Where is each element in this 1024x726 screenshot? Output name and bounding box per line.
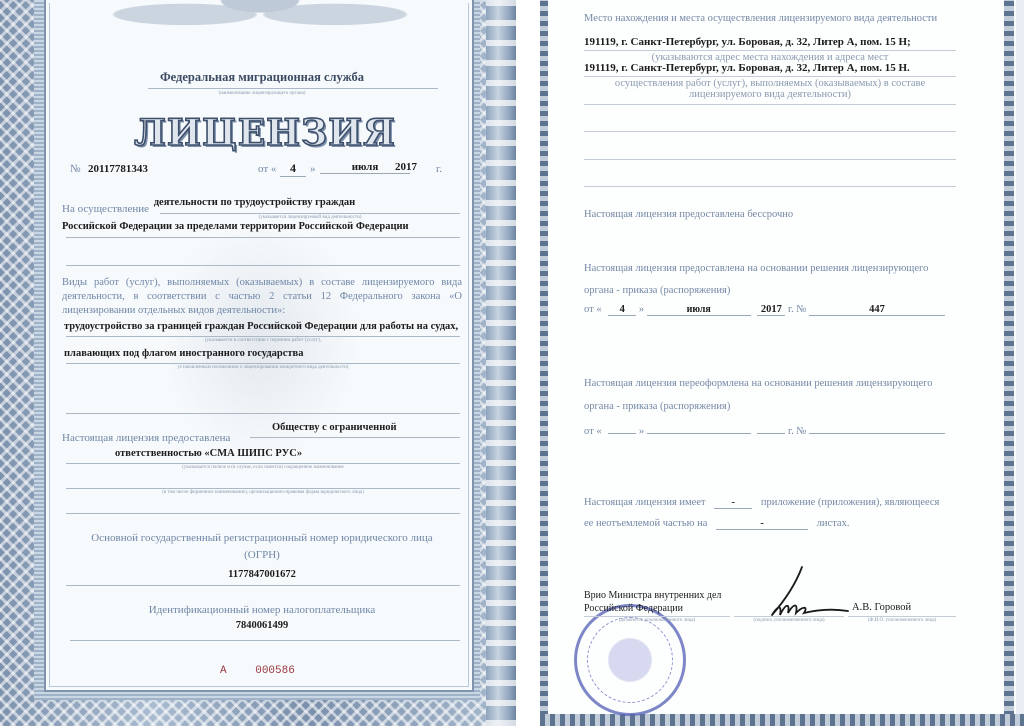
inn-value: 7840061499	[62, 620, 462, 631]
activity-underline-2	[66, 237, 460, 238]
basis-date-mid: »	[639, 304, 644, 315]
date-mid: »	[310, 163, 316, 175]
license-term: Настоящая лицензия предоставлена бессроч…	[584, 209, 956, 220]
handwritten-signature-icon	[760, 565, 850, 620]
works-line-2: плавающих под флагом иностранного госуда…	[64, 348, 464, 359]
reissue-date-mid: »	[639, 426, 644, 437]
licensee-underline-1	[250, 437, 460, 438]
page-gutter	[518, 0, 540, 726]
works-intro: Виды работ (услуг), выполняемых (оказыва…	[62, 276, 462, 318]
works-underline-2	[66, 363, 460, 364]
agency-hint: (наименование лицензирующего органа)	[62, 91, 462, 96]
signer-title-1: Врио Министра внутренних дел	[584, 590, 721, 601]
licensee-hint-1: (указывается полное и (в случае, если им…	[66, 465, 460, 470]
address-2-underline	[584, 76, 956, 77]
reissue-line-2: органа - приказа (распоряжения)	[584, 401, 956, 412]
reissue-year	[757, 422, 785, 434]
works-hint-1: (указывается в соответствии с перечнем р…	[66, 338, 460, 343]
works-line-1: трудоустройство за границей граждан Росс…	[64, 321, 464, 332]
address-2: 191119, г. Санкт-Петербург, ул. Боровая,…	[584, 62, 956, 74]
issuing-agency: Федеральная миграционная служба	[62, 70, 462, 85]
right-page-right-border	[1004, 0, 1014, 726]
annex-text-d: листах.	[817, 518, 850, 529]
activity-label: На осуществление	[62, 203, 149, 215]
right-page-left-border	[540, 0, 548, 726]
date-prefix: от «	[258, 163, 276, 175]
year-suffix: г.	[436, 163, 442, 175]
basis-line-1: Настоящая лицензия предоставлена на осно…	[584, 263, 956, 274]
annex-row-1: Настоящая лицензия имеет - приложение (п…	[584, 497, 956, 509]
licensee-underline-2	[66, 463, 460, 464]
form-serial-number: А 000586	[220, 665, 295, 677]
reissue-date-prefix: от «	[584, 426, 602, 437]
blank-line	[584, 159, 956, 160]
document-title: ЛИЦЕНЗИЯ	[60, 112, 470, 154]
license-year: 2017	[386, 161, 426, 173]
address-1-underline	[584, 50, 956, 51]
basis-order-number: 447	[809, 304, 945, 316]
position-underline	[584, 616, 730, 617]
basis-order-label: г. №	[788, 304, 806, 315]
inn-label: Идентификационный номер налогоплательщик…	[62, 604, 462, 616]
blank-line	[66, 265, 460, 266]
blank-line	[66, 413, 460, 414]
position-hint: (должность уполномоченного лица)	[584, 618, 730, 623]
blank-line	[584, 186, 956, 187]
basis-day: 4	[608, 304, 636, 316]
license-number: 20117781343	[88, 163, 148, 175]
name-underline	[848, 616, 956, 617]
annex-count: -	[714, 497, 752, 509]
annex-text-a: Настоящая лицензия имеет	[584, 497, 706, 508]
basis-date-row: от « 4 » июля 2017 г. № 447	[584, 304, 956, 316]
license-day: 4	[280, 161, 306, 177]
coat-of-arms-ornament-icon	[110, 0, 410, 48]
license-front-page: Федеральная миграционная служба (наимено…	[0, 0, 518, 726]
right-page-bottom-border	[540, 714, 1024, 726]
blank-line	[584, 104, 956, 105]
blank-line	[66, 513, 460, 514]
address-1: 191119, г. Санкт-Петербург, ул. Боровая,…	[584, 36, 956, 48]
blank-line	[66, 488, 460, 489]
ogrn-underline	[66, 585, 460, 586]
activity-hint: (указывается лицензируемый вид деятельно…	[160, 215, 460, 220]
basis-line-2: органа - приказа (распоряжения)	[584, 285, 956, 296]
activity-line-2: Российской Федерации за пределами террит…	[62, 221, 462, 232]
blank-line	[584, 131, 956, 132]
ogrn-label: Основной государственный регистрационный…	[62, 532, 462, 544]
right-page-margin	[1016, 0, 1024, 726]
reissue-order-number	[809, 422, 945, 434]
agency-underline	[148, 88, 438, 89]
reissue-line-1: Настоящая лицензия переоформлена на осно…	[584, 378, 956, 389]
annex-text-b: приложение (приложения), являющееся	[761, 497, 940, 508]
serial-number: 000586	[255, 665, 295, 677]
address-hint-2: осуществления работ (услуг), выполняемых…	[584, 78, 956, 100]
ogrn-value: 1177847001672	[62, 569, 462, 580]
reissue-date-row: от « » г. №	[584, 422, 956, 437]
ornamental-side-pillar	[486, 0, 516, 726]
serial-series: А	[220, 665, 227, 677]
number-label: №	[70, 163, 81, 175]
basis-year: 2017	[757, 304, 785, 316]
annex-sheets: -	[716, 518, 808, 530]
inn-underline	[70, 640, 460, 641]
works-hint-2: установленным положением о лицензировани…	[66, 365, 460, 370]
licensee-line-2: ответственностью «СМА ШИПС РУС»	[115, 448, 302, 459]
activity-underline-1	[160, 213, 460, 214]
signer-name: А.В. Горовой	[852, 602, 911, 613]
reissue-order-label: г. №	[788, 426, 806, 437]
reissue-month	[647, 422, 751, 434]
basis-month: июля	[647, 304, 751, 316]
works-underline-1	[66, 336, 460, 337]
activity-line-1: деятельности по трудоустройству граждан	[154, 197, 355, 208]
ogrn-abbr: (ОГРН)	[62, 549, 462, 561]
licensee-line-1: Обществу с ограниченной	[272, 422, 397, 433]
name-hint: (Ф.И.О. уполномоченного лица)	[848, 618, 956, 623]
basis-date-prefix: от «	[584, 304, 602, 315]
licensee-hint-2: (в том числе фирменное наименование), ор…	[66, 490, 460, 495]
signer-title-2: Российской Федерации	[584, 603, 683, 614]
annex-row-2: ее неотъемлемой частью на - листах.	[584, 518, 956, 530]
granted-label: Настоящая лицензия предоставлена	[62, 432, 462, 444]
reissue-day	[608, 422, 636, 434]
annex-text-c: ее неотъемлемой частью на	[584, 518, 707, 529]
location-label: Место нахождения и места осуществления л…	[584, 13, 956, 24]
